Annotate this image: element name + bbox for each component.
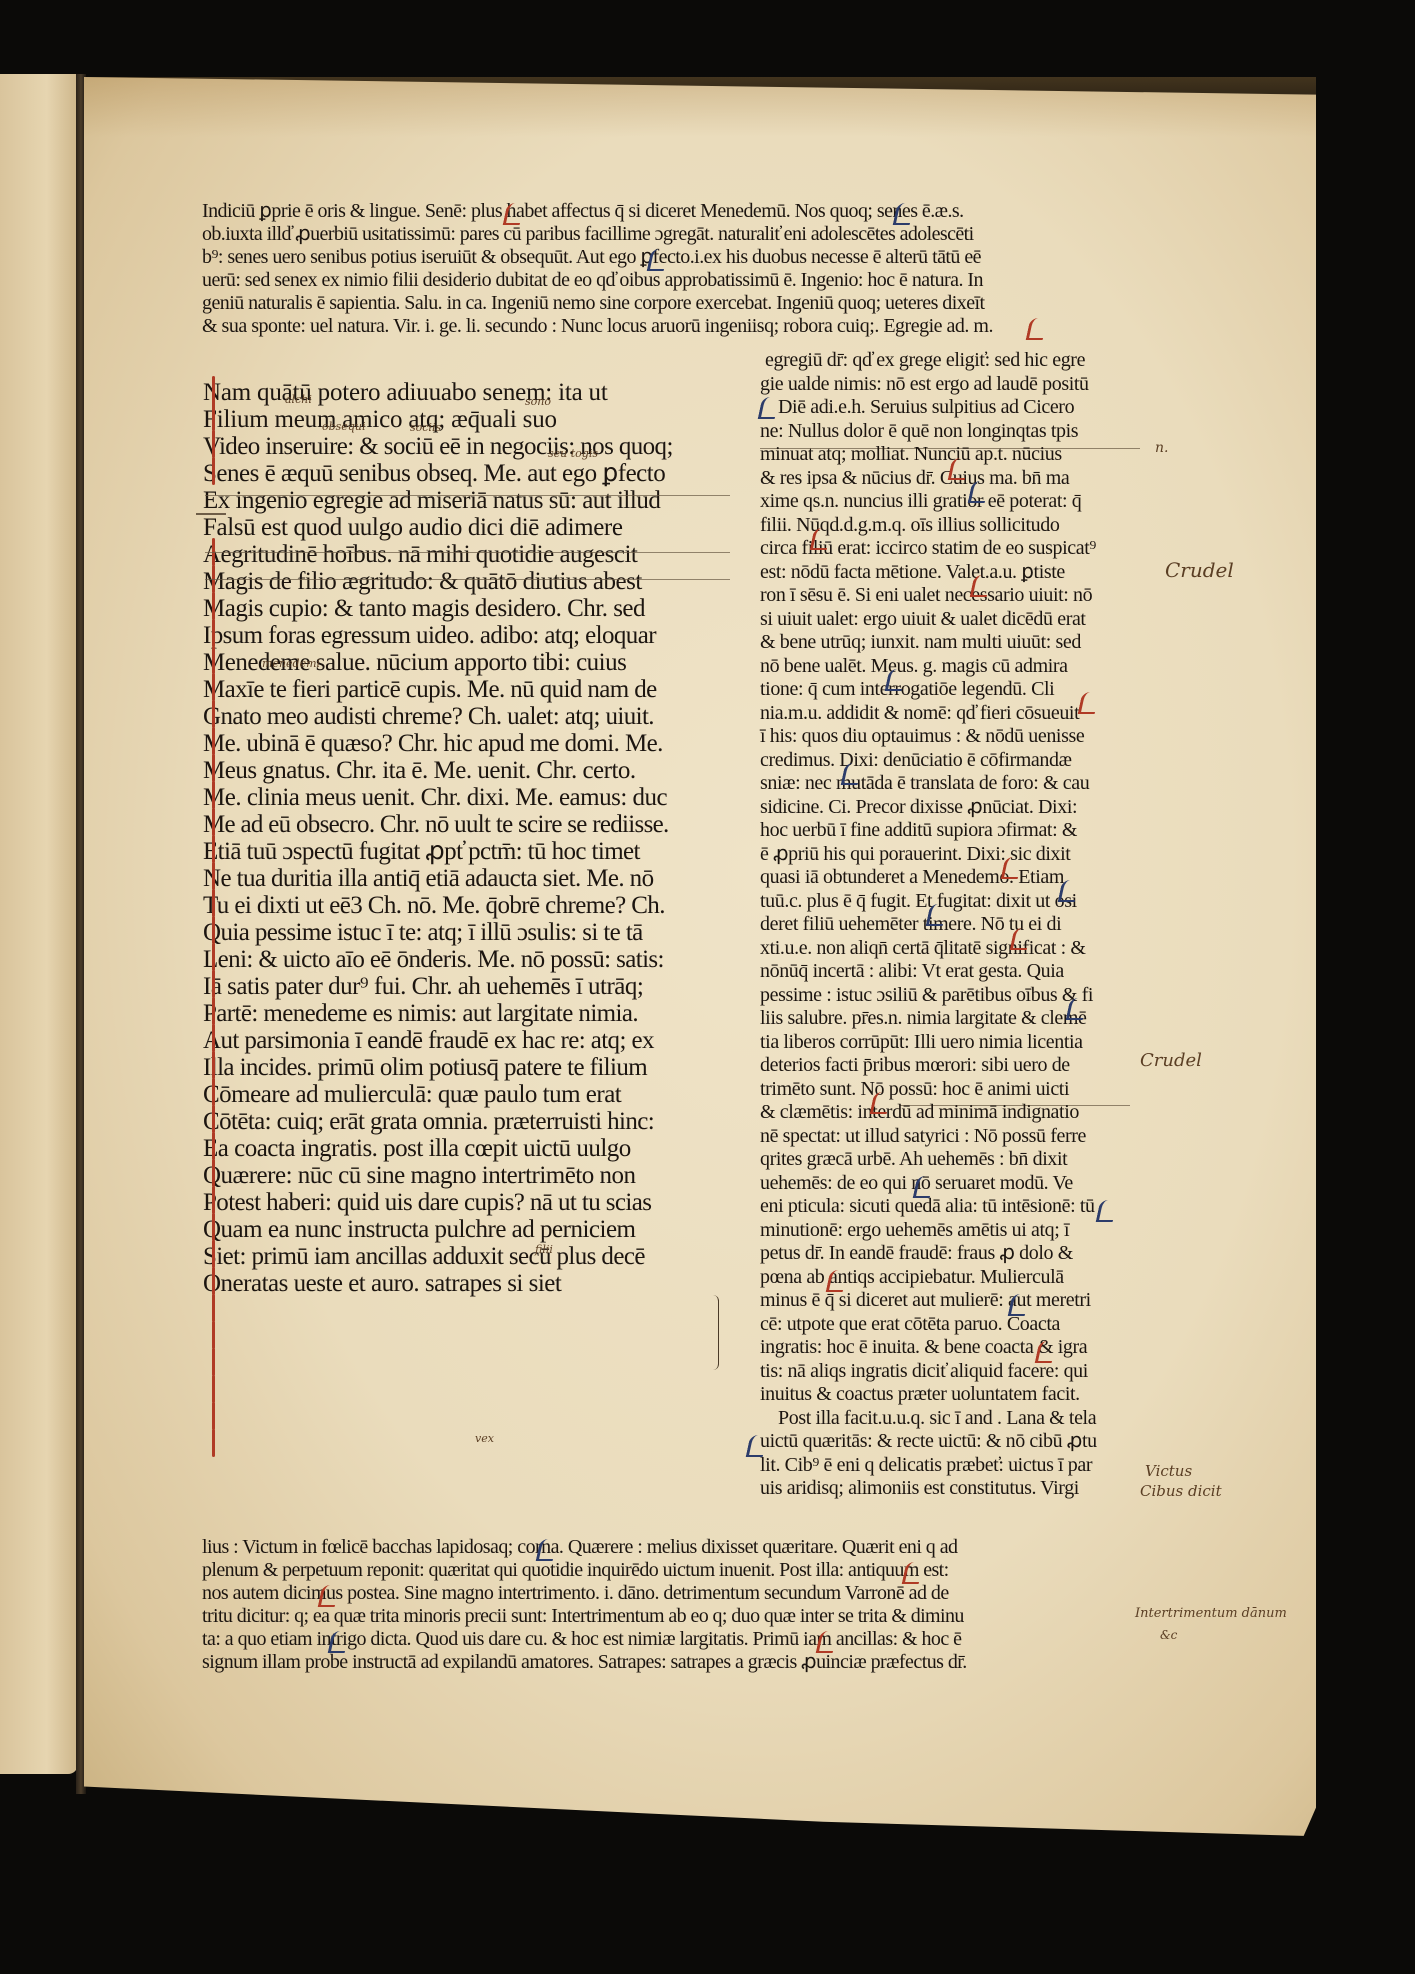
gloss-line: egregiū dr̄: qd̕ ex grege eligit̕: sed h… [760, 350, 1145, 374]
verse-line: Iā satis pater dur⁹ fui. Chr. ah uehemēs… [203, 974, 723, 1001]
gloss-line: & bene utrūq; iunxit. nam multi uiuūt: s… [760, 632, 1145, 656]
interlinear-gloss: vex [475, 1432, 494, 1445]
gloss-line: quasi iā obtunderet a Menedemo. Etiam [760, 867, 1145, 891]
commentary-line: plenum & perpetuum reponit: quæritat qui… [202, 1560, 1152, 1583]
interlinear-gloss: seu togis [548, 447, 598, 460]
facing-page-edge [0, 74, 78, 1774]
gloss-line: deterios facti p̄ribus mœrori: sibi uero… [760, 1055, 1145, 1079]
margin-note: Intertrimentum dānum [1135, 1606, 1287, 1621]
commentary-line: & sua sponte: uel natura. Vir. i. ge. li… [202, 316, 1152, 339]
commentary-line: Indiciū ꝑprie ē oris & lingue. Senē: plu… [202, 201, 1152, 224]
gloss-line: pessime : istuc ɔsiliū & parētibus oībus… [760, 985, 1145, 1009]
margin-note: Crudel [1165, 558, 1234, 582]
gloss-line: ne: Nullus dolor ē quē non longinqtas tp… [760, 421, 1145, 445]
margin-note: n. [1155, 440, 1168, 456]
gloss-line: tis: nā aliqs ingratis dicit̕ aliquid fa… [760, 1361, 1145, 1385]
verse-line: Me ad eū obsecro. Chr. nō uult te scire … [203, 812, 723, 839]
verse-line: Senes ē æquū senibus obseq. Me. aut ego … [203, 461, 723, 488]
verse-line: Gnato meo audisti chreme? Ch. ualet: atq… [203, 704, 723, 731]
gloss-line: petus dr̄. In eandē fraudē: fraus ꝓ dolo… [760, 1243, 1145, 1267]
verse-line: Partē: menedeme es nimis: aut largitate … [203, 1001, 723, 1028]
verse-line: Magis de filio ægritudo: & quātō diutius… [203, 569, 723, 596]
gloss-line: nē spectat: ut illud satyrici : Nō possū… [760, 1126, 1145, 1150]
verse-line: Oneratas ueste et auro. satrapes si siet [203, 1271, 723, 1298]
gloss-line: qrites græcā urbē. Ah uehemēs : bn̄ dixi… [760, 1149, 1145, 1173]
margin-note: Crudel [1140, 1050, 1202, 1071]
gloss-line: ingratis: hoc ē inuita. & bene coacta & … [760, 1337, 1145, 1361]
commentary-line: ob.iuxta illd̕ ꝓuerbiū usitatissimū: par… [202, 224, 1152, 247]
verse-text: Nam quātū potero adiuuabo senem: ita ut … [203, 380, 723, 1298]
gloss-line: minus ē q̄ si diceret aut mulierē: aut m… [760, 1290, 1145, 1314]
commentary-line: nos autem dicimus postea. Sine magno int… [202, 1583, 1152, 1606]
underline [205, 495, 730, 496]
verse-line: Video inseruire: & sociū eē in negociis:… [203, 434, 723, 461]
gloss-line: uictū quæritās: & recte uictū: & nō cibū… [760, 1431, 1145, 1455]
gloss-line: hoc uerbū ī fine additū supiora ɔfirmat:… [760, 820, 1145, 844]
verse-line: Ea coacta ingratis. post illa cœpit uict… [203, 1136, 723, 1163]
verse-line: Etiā tuū ɔspectū fugitat ꝓpt̕ pctm̄: tū … [203, 839, 723, 866]
commentary-line: b⁹: senes uero senibus potius iseruiūt &… [202, 247, 1152, 270]
top-commentary: Indiciū ꝑprie ē oris & lingue. Senē: plu… [202, 201, 1152, 339]
verse-line: Quam ea nunc instructa pulchre ad pernic… [203, 1217, 723, 1244]
verse-line: Filium meum amico atq; æq̄uali suo [203, 407, 723, 434]
verse-line: Leni: & uicto aīo eē ōnderis. Me. nō pos… [203, 947, 723, 974]
gloss-line: cē: utpote que erat cōtēta paruo. Coacta [760, 1314, 1145, 1338]
verse-line: Siet: primū iam ancillas adduxit secū pl… [203, 1244, 723, 1271]
gloss-line: si uiuit ualet: ergo uiuit & ualet dicēd… [760, 609, 1145, 633]
interlinear-gloss: menedemi [262, 657, 320, 670]
interlinear-gloss: sono [525, 395, 551, 408]
gloss-line: gie ualde nimis: nō est ergo ad laudē po… [760, 374, 1145, 398]
commentary-line: tritu dicitur: q; ea quæ trita minoris p… [202, 1606, 1152, 1629]
underline [205, 579, 730, 580]
interlinear-gloss: alchi [285, 393, 312, 406]
margin-bracket [712, 1295, 719, 1370]
gloss-line: deret filiū uehemēter timere. Nō tu ei d… [760, 914, 1145, 938]
margin-note: Victus [1145, 1462, 1192, 1480]
gloss-line: pœna ab antiqs accipiebatur. Mulierculā [760, 1267, 1145, 1291]
verse-line: Aegritudinē hoībus. nā mihi quotidie aug… [203, 542, 723, 569]
verse-line: Ne tua duritia illa antiq̄ etiā adaucta … [203, 866, 723, 893]
gloss-line: tuū.c. plus ē q̄ fugit. Et fugitat: dixi… [760, 891, 1145, 915]
bottom-commentary: lius : Victum in fœlicē bacchas lapidosa… [202, 1537, 1152, 1675]
gloss-line: xti.u.e. non aliqn̄ certā q̄litatē signi… [760, 938, 1145, 962]
commentary-line: signum illam probe instructā ad expiland… [202, 1652, 1152, 1675]
underline [205, 552, 730, 553]
verse-line: Cōmeare ad mulierculā: quæ paulo tum era… [203, 1082, 723, 1109]
gloss-line: tia liberos corrūpūt: Illi uero nimia li… [760, 1032, 1145, 1056]
gloss-line: uis aridisq; alimoniis est constitutus. … [760, 1478, 1145, 1502]
verse-line: Magis cupio: & tanto magis desidero. Chr… [203, 596, 723, 623]
gloss-line: inuitus & coactus præter uoluntatem faci… [760, 1384, 1145, 1408]
verse-line: Ex ingenio egregie ad miseriā natus sū: … [203, 488, 723, 515]
verse-line: Falsū est quod uulgo audio dici diē adim… [203, 515, 723, 542]
gloss-line: ē ꝓpriū his qui porauerint. Dixi: sic di… [760, 844, 1145, 868]
verse-line: Cōtēta: cuiq; erāt grata omnia. præterru… [203, 1109, 723, 1136]
gloss-line: nōnūq̄ incertā : alibi: Vt erat gesta. Q… [760, 961, 1145, 985]
verse-line: Quærere: nūc cū sine magno intertrimēto … [203, 1163, 723, 1190]
gloss-line: uehemēs: de eo qui nō seruaret modū. Ve [760, 1173, 1145, 1197]
interlinear-gloss: filii [535, 1243, 553, 1256]
verse-line: Me. ubinā ē quæso? Chr. hic apud me domi… [203, 731, 723, 758]
water-stain [84, 77, 1316, 137]
verse-line: Me. clinia meus uenit. Chr. dixi. Me. ea… [203, 785, 723, 812]
verse-line: Nam quātū potero adiuuabo senem: ita ut [203, 380, 723, 407]
gloss-line: credimus. Dixi: denūciatio ē cōfirmandæ [760, 750, 1145, 774]
gloss-line: liis salubre. pr̄es.n. nimia largitate &… [760, 1008, 1145, 1032]
gloss-line: Diē adi.e.h. Seruius sulpitius ad Cicero [760, 397, 1145, 421]
verse-line: Maxīe te fieri particē cupis. Me. nū qui… [203, 677, 723, 704]
gloss-line: eni pticula: sicuti quedā alia: tū intēs… [760, 1196, 1145, 1220]
gloss-line: est: nōdū facta mētione. Valet.a.u. ꝑtis… [760, 562, 1145, 586]
gloss-line: sniæ: nec mutāda ē translata de foro: & … [760, 773, 1145, 797]
verse-line: Potest haberi: quid uis dare cupis? nā u… [203, 1190, 723, 1217]
gloss-line: ron ī sēsu ē. Si eni ualet necessario ui… [760, 585, 1145, 609]
strike-line [196, 513, 226, 515]
commentary-line: uerū: sed senex ex nimio filii desiderio… [202, 270, 1152, 293]
gloss-line: sidicine. Ci. Precor dixisse ꝓnūciat. Di… [760, 797, 1145, 821]
margin-note: &c [1160, 1628, 1177, 1642]
commentary-line: lius : Victum in fœlicē bacchas lapidosa… [202, 1537, 1152, 1560]
gloss-line: Post illa facit.u.u.q. sic ī and . Lana … [760, 1408, 1145, 1432]
gloss-line: xime qs.n. nuncius illi gratior eē poter… [760, 491, 1145, 515]
gloss-line: nō bene ualēt. Meus. g. magis cū admira [760, 656, 1145, 680]
verse-line: Ipsum foras egressum uideo. adibo: atq; … [203, 623, 723, 650]
gloss-line: lit. Cib⁹ ē eni q delicatis præbet̕: uic… [760, 1455, 1145, 1479]
commentary-line: geniū naturalis ē sapientia. Salu. in ca… [202, 293, 1152, 316]
margin-note: Cibus dicit [1140, 1482, 1222, 1500]
interlinear-gloss: obsequi [322, 420, 365, 433]
verse-line: Illa incides. primū olim potiusq̄ patere… [203, 1055, 723, 1082]
verse-line: Meus gnatus. Chr. ita ē. Me. uenit. Chr.… [203, 758, 723, 785]
verse-line: Aut parsimonia ī eandē fraudē ex hac re:… [203, 1028, 723, 1055]
verse-line: Tu ei dixti ut eē3 Ch. nō. Me. q̄obrē ch… [203, 893, 723, 920]
gloss-line: & clæmētis: interdū ad minimā indignatio [760, 1102, 1145, 1126]
gloss-line: trimēto sunt. Nō possū: hoc ē animi uict… [760, 1079, 1145, 1103]
gloss-column: egregiū dr̄: qd̕ ex grege eligit̕: sed h… [760, 350, 1145, 1502]
gloss-line: minutionē: ergo uehemēs amētis ui atq; ī [760, 1220, 1145, 1244]
interlinear-gloss: sociis [410, 421, 441, 434]
gloss-line: ī his: quos diu optauimus : & nōdū uenis… [760, 726, 1145, 750]
verse-line: Quia pessime istuc ī te: atq; ī illū ɔsu… [203, 920, 723, 947]
